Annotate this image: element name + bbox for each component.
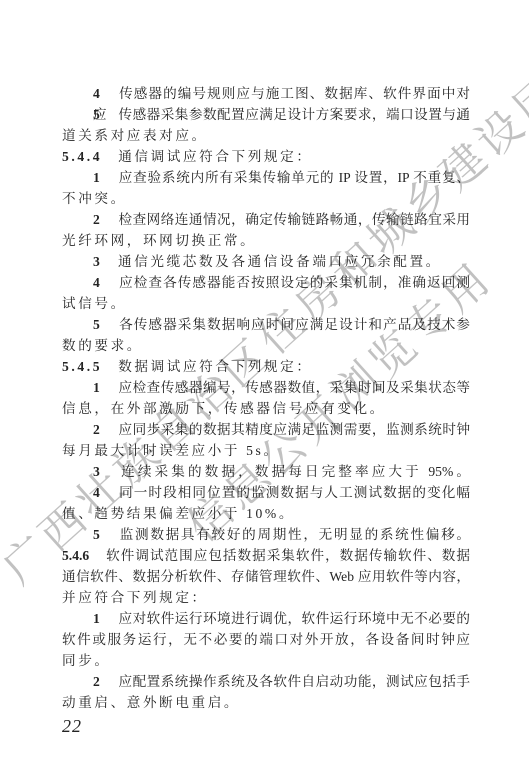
clause-number: 5.4.5 (62, 359, 102, 374)
line-text: 并应符合下列规定： (62, 590, 208, 605)
line-text: 检查网络连通情况，确定传输链路畅通，传输链路宜采用 (118, 212, 470, 227)
text-line: 5.4.4通信调试应符合下列规定： (62, 146, 470, 167)
text-line: 2检查网络连通情况，确定传输链路畅通，传输链路宜采用 (62, 209, 470, 230)
item-number: 2 (93, 419, 118, 440)
text-line: 5.4.6软件调试范围应包括数据采集软件，数据传输软件、数据 (62, 545, 470, 566)
line-text: 通信调试应符合下列规定： (118, 149, 312, 164)
line-text: 监测数据具有较好的周期性，无明显的系统性偏移。 (118, 527, 470, 542)
item-number: 3 (93, 251, 118, 272)
line-text: 每月最大计时误差应小于 5s。 (62, 443, 280, 458)
text-line: 软件或服务运行，无不必要的端口对外开放，各设备间时钟应 (62, 629, 470, 650)
text-line: 2应同步采集的数据其精度应满足监测需要，监测系统时钟 (62, 419, 470, 440)
text-line: 5.4.5数据调试应符合下列规定： (62, 356, 470, 377)
line-text: 应查验系统内所有采集传输单元的 IP 设置，IP 不重复、 (118, 170, 470, 185)
line-text: 数据调试应符合下列规定： (118, 359, 312, 374)
item-number: 3 (93, 461, 118, 482)
text-line: 不冲突。 (62, 188, 470, 209)
text-line: 并应符合下列规定： (62, 587, 470, 608)
text-line: 4传感器的编号规则应与施工图、数据库、软件界面中对应。 (62, 83, 470, 104)
text-line: 同步。 (62, 650, 470, 671)
item-number: 1 (93, 167, 118, 188)
text-line: 5各传感器采集数据响应时间应满足设计和产品及技术参 (62, 314, 470, 335)
text-line: 5传感器采集参数配置应满足设计方案要求，端口设置与通 (62, 104, 470, 125)
line-text: 道关系对应表对应。 (62, 128, 208, 143)
line-text: 应配置系统操作系统及各软件自启动功能，测试应包括手 (118, 674, 470, 689)
line-text: 通信光缆芯数及各通信设备端口应冗余配置。 (118, 254, 442, 269)
item-number: 5 (93, 314, 118, 335)
line-text: 信息，在外部激励下，传感器信号应有变化。 (62, 401, 386, 416)
text-line: 4应检查各传感器能否按照设定的采集机制，准确返回测 (62, 272, 470, 293)
text-line: 每月最大计时误差应小于 5s。 (62, 440, 470, 461)
line-text: 应对软件运行环境进行调优，软件运行环境中无不必要的 (118, 611, 470, 626)
item-number: 4 (93, 83, 118, 104)
text-line: 值、趋势结果偏差应小于 10%。 (62, 503, 470, 524)
line-text: 光纤环网，环网切换正常。 (62, 233, 256, 248)
line-text: 不冲突。 (62, 191, 127, 206)
text-line: 信息，在外部激励下，传感器信号应有变化。 (62, 398, 470, 419)
item-number: 5 (93, 524, 118, 545)
text-line: 1应对软件运行环境进行调优，软件运行环境中无不必要的 (62, 608, 470, 629)
line-text: 动重启、意外断电重启。 (62, 695, 240, 710)
line-text: 传感器采集参数配置应满足设计方案要求，端口设置与通 (118, 107, 470, 122)
line-text: 应同步采集的数据其精度应满足监测需要，监测系统时钟 (118, 422, 470, 437)
item-number: 4 (93, 272, 118, 293)
text-line: 数的要求。 (62, 335, 470, 356)
item-number: 1 (93, 377, 118, 398)
line-text: 软件或服务运行，无不必要的端口对外开放，各设备间时钟应 (62, 632, 470, 647)
line-text: 通信软件、数据分析软件、存储管理软件、Web 应用软件等内容， (62, 569, 470, 584)
text-line: 5监测数据具有较好的周期性，无明显的系统性偏移。 (62, 524, 470, 545)
text-line: 通信软件、数据分析软件、存储管理软件、Web 应用软件等内容， (62, 566, 470, 587)
document-page: 广西壮族自治区住房和城乡建设厅 信息公开浏览专用 4传感器的编号规则应与施工图、… (0, 0, 529, 770)
text-line: 2应配置系统操作系统及各软件自启动功能，测试应包括手 (62, 671, 470, 692)
item-number: 1 (93, 608, 118, 629)
item-number: 5 (93, 104, 118, 125)
clause-number: 5.4.4 (62, 149, 102, 164)
page-number: 22 (62, 716, 82, 737)
line-text: 应检查传感器编号，传感器数值，采集时间及采集状态等 (118, 380, 470, 395)
line-text: 各传感器采集数据响应时间应满足设计和产品及技术参 (118, 317, 470, 332)
text-line: 3通信光缆芯数及各通信设备端口应冗余配置。 (62, 251, 470, 272)
item-number: 2 (93, 671, 118, 692)
line-text: 连续采集的数据，数据每日完整率应大于 95%。 (118, 464, 470, 479)
item-number: 4 (93, 482, 118, 503)
line-text: 同一时段相同位置的监测数据与人工测试数据的变化幅 (118, 485, 470, 500)
text-line: 3连续采集的数据，数据每日完整率应大于 95%。 (62, 461, 470, 482)
line-text: 数的要求。 (62, 338, 143, 353)
clause-number: 5.4.6 (62, 548, 89, 563)
text-line: 试信号。 (62, 293, 470, 314)
text-line: 1应查验系统内所有采集传输单元的 IP 设置，IP 不重复、 (62, 167, 470, 188)
item-number: 2 (93, 209, 118, 230)
text-line: 4同一时段相同位置的监测数据与人工测试数据的变化幅 (62, 482, 470, 503)
text-line: 光纤环网，环网切换正常。 (62, 230, 470, 251)
text-line: 1应检查传感器编号，传感器数值，采集时间及采集状态等 (62, 377, 470, 398)
line-text: 应检查各传感器能否按照设定的采集机制，准确返回测 (118, 275, 470, 290)
line-text: 值、趋势结果偏差应小于 10%。 (62, 506, 295, 521)
line-text: 软件调试范围应包括数据采集软件，数据传输软件、数据 (105, 548, 470, 563)
text-block: 4传感器的编号规则应与施工图、数据库、软件界面中对应。5传感器采集参数配置应满足… (62, 83, 470, 713)
line-text: 试信号。 (62, 296, 127, 311)
text-line: 动重启、意外断电重启。 (62, 692, 470, 713)
line-text: 同步。 (62, 653, 111, 668)
text-line: 道关系对应表对应。 (62, 125, 470, 146)
